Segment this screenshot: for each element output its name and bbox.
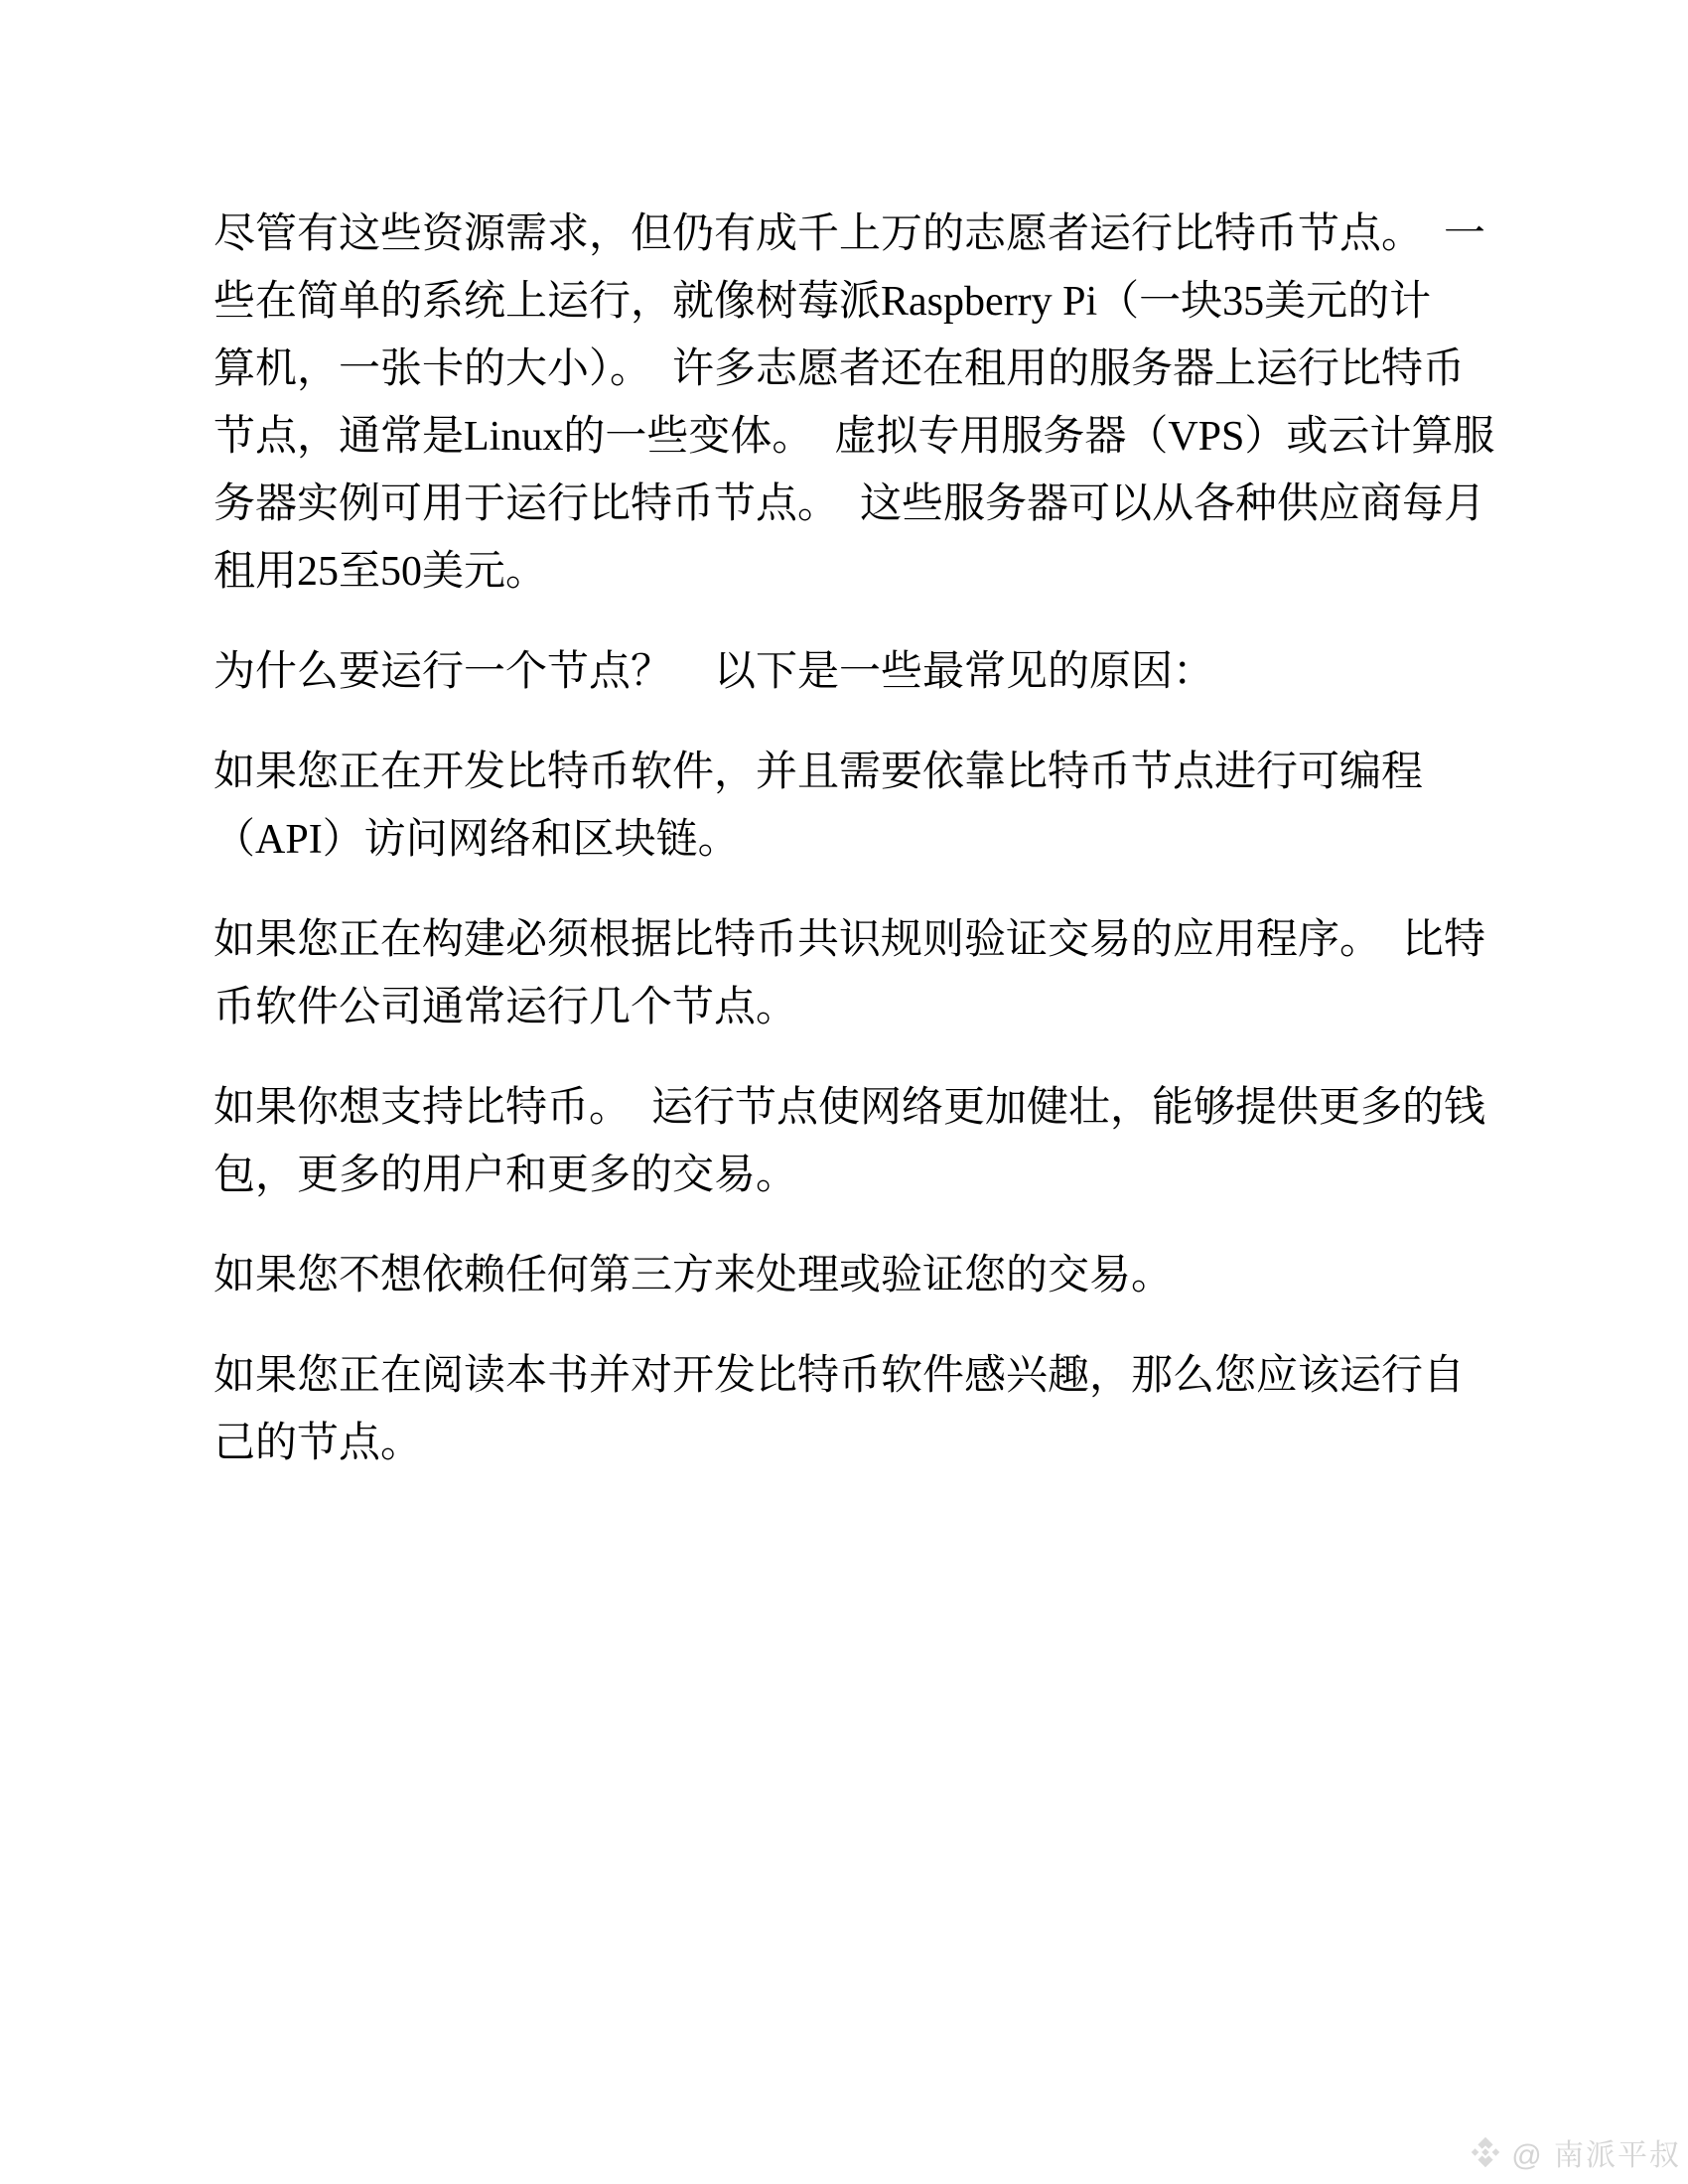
paragraph: 如果您不想依赖任何第三方来处理或验证您的交易。	[213, 1242, 1494, 1309]
paragraph: 如果你想支持比特币。 运行节点使网络更加健壮，能够提供更多的钱包，更多的用户和更…	[213, 1074, 1494, 1209]
text-line: 如果您正在构建必须根据比特币共识规则验证交易的应用程序。 比特	[213, 906, 1494, 974]
text-line: 为什么要运行一个节点？ 以下是一些最常见的原因：	[213, 638, 1494, 706]
text-line: （API）访问网络和区块链。	[213, 806, 1494, 874]
text-line: 租用25至50美元。	[213, 538, 1494, 606]
paragraph: 为什么要运行一个节点？ 以下是一些最常见的原因：	[213, 638, 1494, 706]
text-line: 算机，一张卡的大小）。 许多志愿者还在租用的服务器上运行比特币	[213, 336, 1494, 403]
text-line: 币软件公司通常运行几个节点。	[213, 974, 1494, 1041]
watermark-handle: @ 南派平叔	[1511, 2130, 1681, 2174]
text-line: 如果您正在阅读本书并对开发比特币软件感兴趣，那么您应该运行自	[213, 1342, 1494, 1410]
text-line: 些在简单的系统上运行，就像树莓派Raspberry Pi（一块35美元的计	[213, 268, 1494, 336]
document-page: 尽管有这些资源需求，但仍有成千上万的志愿者运行比特币节点。 一些在简单的系统上运…	[0, 0, 1688, 2184]
watermark: @ 南派平叔	[1467, 2130, 1681, 2174]
binance-diamond-icon	[1467, 2133, 1504, 2171]
paragraph: 如果您正在开发比特币软件，并且需要依靠比特币节点进行可编程（API）访问网络和区…	[213, 739, 1494, 874]
paragraph: 如果您正在构建必须根据比特币共识规则验证交易的应用程序。 比特币软件公司通常运行…	[213, 906, 1494, 1041]
text-line: 如果您不想依赖任何第三方来处理或验证您的交易。	[213, 1242, 1494, 1309]
document-text: 尽管有这些资源需求，但仍有成千上万的志愿者运行比特币节点。 一些在简单的系统上运…	[213, 201, 1494, 1477]
text-line: 尽管有这些资源需求，但仍有成千上万的志愿者运行比特币节点。 一	[213, 201, 1494, 268]
text-line: 务器实例可用于运行比特币节点。 这些服务器可以从各种供应商每月	[213, 471, 1494, 538]
text-line: 包，更多的用户和更多的交易。	[213, 1142, 1494, 1209]
paragraph: 尽管有这些资源需求，但仍有成千上万的志愿者运行比特币节点。 一些在简单的系统上运…	[213, 201, 1494, 606]
text-line: 如果您正在开发比特币软件，并且需要依靠比特币节点进行可编程	[213, 739, 1494, 806]
text-line: 己的节点。	[213, 1410, 1494, 1477]
text-line: 节点，通常是Linux的一些变体。 虚拟专用服务器（VPS）或云计算服	[213, 403, 1494, 471]
text-line: 如果你想支持比特币。 运行节点使网络更加健壮，能够提供更多的钱	[213, 1074, 1494, 1142]
paragraph: 如果您正在阅读本书并对开发比特币软件感兴趣，那么您应该运行自己的节点。	[213, 1342, 1494, 1477]
